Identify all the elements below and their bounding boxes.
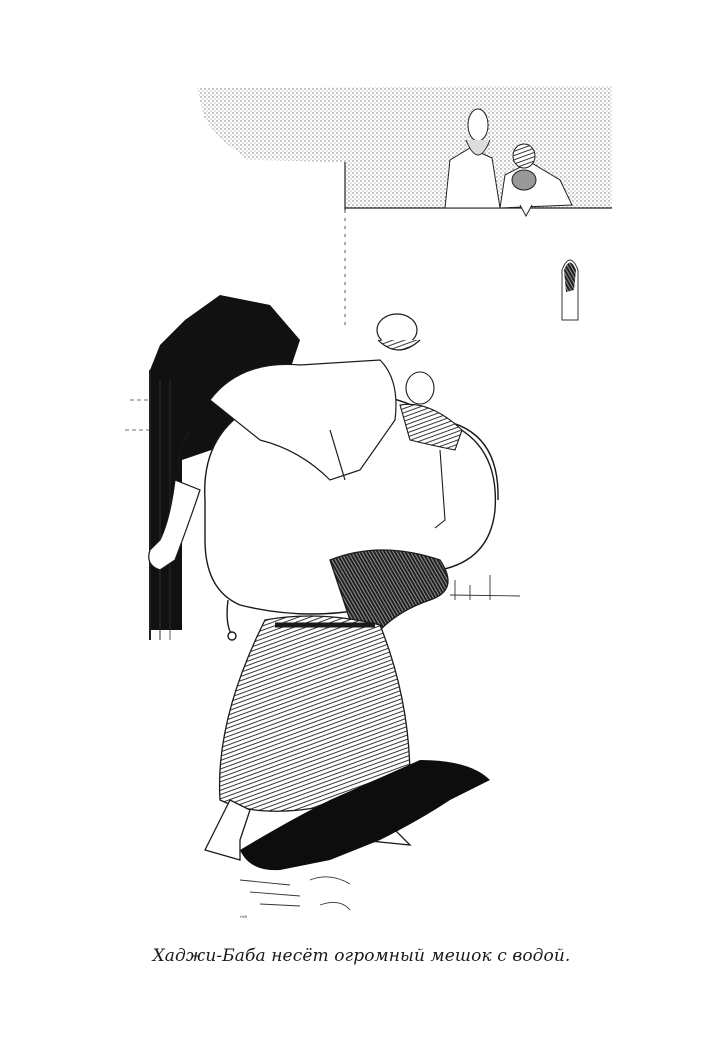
illustration-caption: Хаджи-Баба несёт огромный мешок с водой. — [0, 946, 723, 966]
artist-signature: ᴴʳᴮ — [240, 915, 247, 922]
book-page: ᴴʳᴮ Хаджи-Баба несёт огромный мешок с во… — [0, 0, 723, 1061]
wall-niche — [562, 260, 578, 320]
illustration: ᴴʳᴮ — [0, 0, 723, 935]
